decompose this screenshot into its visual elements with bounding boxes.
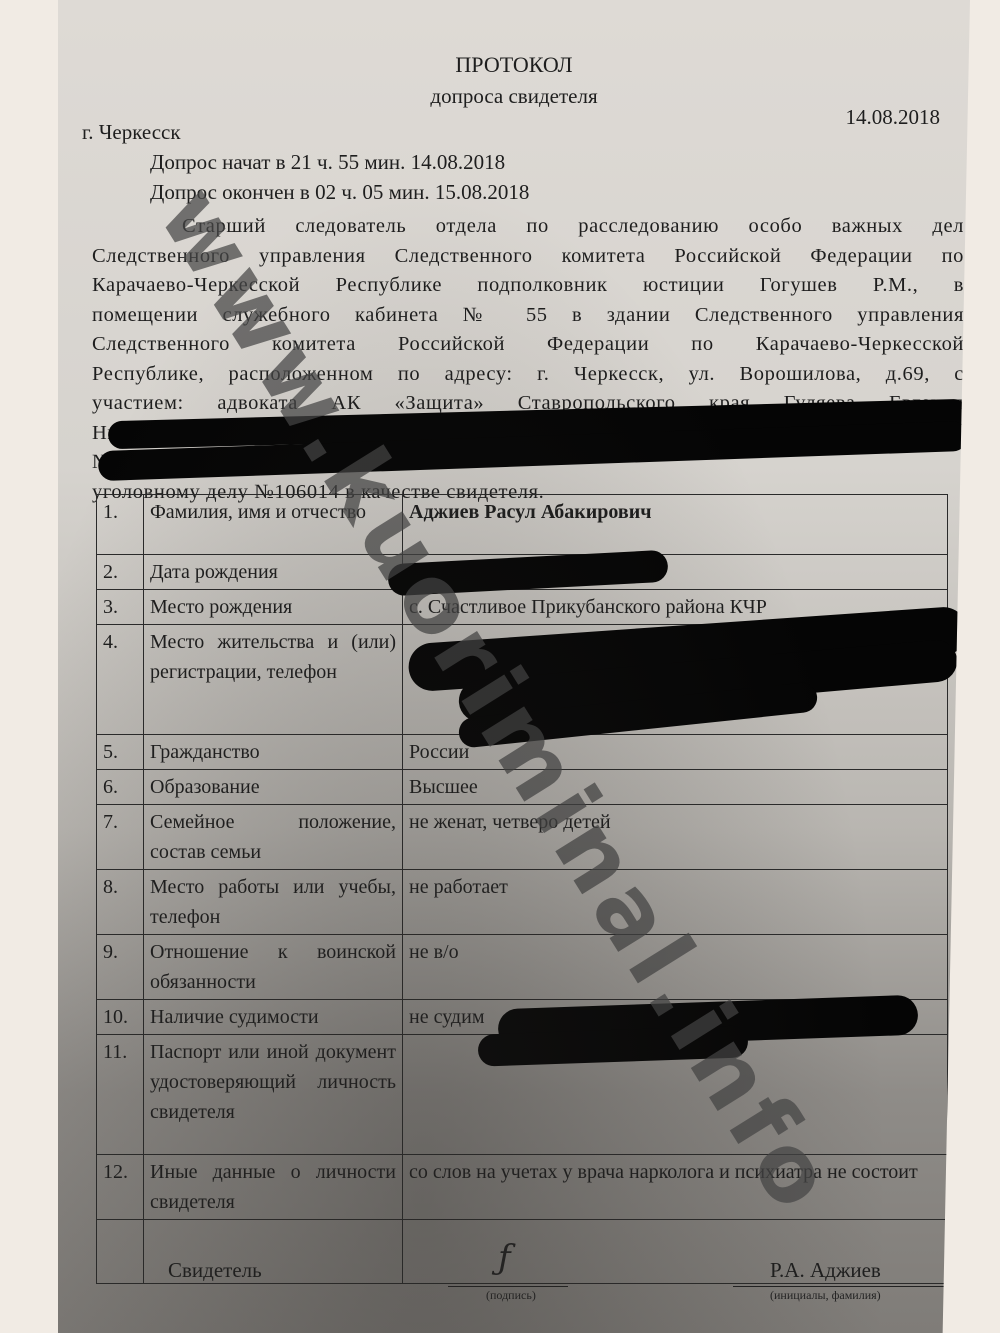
table-row: 8.Место работы или учебы, телефонне рабо… [97, 870, 948, 935]
row-number: 2. [97, 555, 144, 590]
signature-scribble-icon: ƒ [498, 1238, 511, 1278]
witness-info-table: 1.Фамилия, имя и отчествоАджиев Расул Аб… [96, 494, 948, 1284]
signature-line [448, 1286, 568, 1287]
doc-date: 14.08.2018 [846, 105, 941, 130]
body-line: Карачаево-Черкесской Республике подполко… [92, 271, 964, 301]
row-number: 1. [97, 495, 144, 555]
row-value: Аджиев Расул Абакирович [403, 495, 948, 555]
signature-caption: (подпись) [486, 1288, 536, 1303]
row-number: 8. [97, 870, 144, 935]
table-row: 1.Фамилия, имя и отчествоАджиев Расул Аб… [97, 495, 948, 555]
row-number: 7. [97, 805, 144, 870]
row-label: Отношение к воинской обязанности [144, 935, 403, 1000]
row-number: 6. [97, 770, 144, 805]
doc-title: ПРОТОКОЛ [58, 52, 970, 78]
signatory-name: Р.А. Аджиев [770, 1258, 881, 1283]
name-line [733, 1286, 963, 1287]
end-time: Допрос окончен в 02 ч. 05 мин. 15.08.201… [150, 180, 529, 205]
row-label: Фамилия, имя и отчество [144, 495, 403, 555]
table-row: 9.Отношение к воинской обязанностине в/о [97, 935, 948, 1000]
row-label: Иные данные о личности свидетеля [144, 1155, 403, 1220]
body-line: Следственного комитета Российской Федера… [92, 330, 964, 360]
row-number: 5. [97, 735, 144, 770]
table-row: 12.Иные данные о личности свидетелясо сл… [97, 1155, 948, 1220]
body-line: Старший следователь отдела по расследова… [92, 212, 964, 242]
doc-city: г. Черкесск [82, 120, 181, 145]
row-label: Гражданство [144, 735, 403, 770]
doc-subtitle: допроса свидетеля [58, 84, 970, 109]
name-caption: (инициалы, фамилия) [770, 1288, 881, 1303]
row-number: 11. [97, 1035, 144, 1155]
row-value: Высшее [403, 770, 948, 805]
row-label: Дата рождения [144, 555, 403, 590]
row-value: не женат, четверо детей [403, 805, 948, 870]
row-number: 4. [97, 625, 144, 735]
table-row: 6.ОбразованиеВысшее [97, 770, 948, 805]
row-label: Паспорт или иной документ удостоверяющий… [144, 1035, 403, 1155]
row-label: Наличие судимости [144, 1000, 403, 1035]
document-page: ПРОТОКОЛ допроса свидетеля 14.08.2018 г.… [58, 0, 970, 1333]
row-number: 9. [97, 935, 144, 1000]
row-label: Место жительства и (или) регистрации, те… [144, 625, 403, 735]
signature-role: Свидетель [168, 1258, 262, 1283]
row-value: со слов на учетах у врача нарколога и пс… [403, 1155, 948, 1220]
row-number: 10. [97, 1000, 144, 1035]
body-line: Следственного управления Следственного к… [92, 242, 964, 272]
row-label: Образование [144, 770, 403, 805]
row-label: Семейное положение, состав семьи [144, 805, 403, 870]
row-value: не работает [403, 870, 948, 935]
row-label: Место работы или учебы, телефон [144, 870, 403, 935]
table-row: 7.Семейное положение, состав семьине жен… [97, 805, 948, 870]
row-value: не в/о [403, 935, 948, 1000]
body-line: Республике, расположенном по адресу: г. … [92, 360, 964, 390]
row-number [97, 1220, 144, 1284]
body-line: помещении служебного кабинета № 55 в зда… [92, 301, 964, 331]
row-number: 12. [97, 1155, 144, 1220]
row-number: 3. [97, 590, 144, 625]
row-label: Место рождения [144, 590, 403, 625]
start-time: Допрос начат в 21 ч. 55 мин. 14.08.2018 [150, 150, 505, 175]
